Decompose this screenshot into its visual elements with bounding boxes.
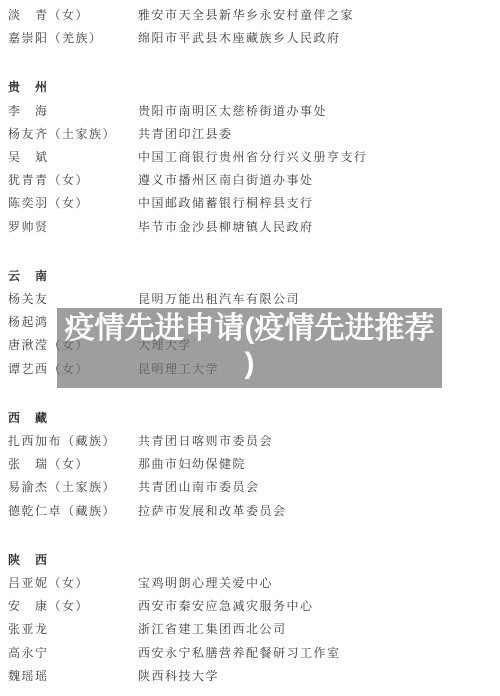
person-name: 安 康（女） <box>8 595 138 618</box>
person-row: 高永宁 西安永宁私膳营养配餐研习工作室 <box>8 642 500 665</box>
person-org: 陕西科技大学 <box>138 665 500 688</box>
person-name: 易渝杰（土家族） <box>8 476 138 499</box>
watermark-line-1: 疫情先进申请(疫情先进推荐 <box>57 311 442 346</box>
person-org: 中国邮政储蓄银行桐梓县支行 <box>138 192 500 215</box>
person-org: 拉萨市发展和改革委员会 <box>138 500 500 523</box>
person-row: 易渝杰（土家族） 共青团山南市委员会 <box>8 476 500 499</box>
person-row: 安 康（女） 西安市秦安应急减灾服务中心 <box>8 595 500 618</box>
person-name: 犹青青（女） <box>8 169 138 192</box>
person-row: 杨友齐（土家族） 共青团印江县委 <box>8 123 500 146</box>
document-page: 淡 青（女） 雅安市天全县新华乡永安村童伴之家 嘉崇阳（羌族） 绵阳市平武县木座… <box>0 0 500 696</box>
person-name: 杨友齐（土家族） <box>8 123 138 146</box>
person-name: 高永宁 <box>8 642 138 665</box>
person-row: 犹青青（女） 遵义市播州区南白街道办事处 <box>8 169 500 192</box>
person-org: 共青团山南市委员会 <box>138 476 500 499</box>
province-header-xizang: 西 藏 <box>8 407 500 430</box>
person-name: 吕亚妮（女） <box>8 572 138 595</box>
person-row: 德乾仁卓（藏族） 拉萨市发展和改革委员会 <box>8 500 500 523</box>
province-header-yunnan: 云 南 <box>8 265 500 288</box>
person-org: 共青团日喀则市委员会 <box>138 430 500 453</box>
person-org: 贵阳市南明区太慈桥街道办事处 <box>138 100 500 123</box>
person-name: 嘉崇阳（羌族） <box>8 27 138 50</box>
person-org: 遵义市播州区南白街道办事处 <box>138 169 500 192</box>
person-name: 罗帅贤 <box>8 216 138 239</box>
person-row: 陈奕羽（女） 中国邮政储蓄银行桐梓县支行 <box>8 192 500 215</box>
watermark-overlay: 疫情先进申请(疫情先进推荐 ) <box>57 308 442 388</box>
person-org: 浙江省建工集团西北公司 <box>138 618 500 641</box>
person-row: 张 瑞（女） 那曲市妇幼保健院 <box>8 453 500 476</box>
person-org: 那曲市妇幼保健院 <box>138 453 500 476</box>
person-org: 绵阳市平武县木座藏族乡人民政府 <box>138 27 500 50</box>
person-name: 张亚龙 <box>8 618 138 641</box>
person-org: 中国工商银行贵州省分行兴义册亨支行 <box>138 146 500 169</box>
person-name: 吴 斌 <box>8 146 138 169</box>
person-org: 共青团印江县委 <box>138 123 500 146</box>
person-row: 魏瑶瑶 陕西科技大学 <box>8 665 500 688</box>
person-name: 扎西加布（藏族） <box>8 430 138 453</box>
person-row: 罗帅贤 毕节市金沙县柳塘镇人民政府 <box>8 216 500 239</box>
person-row: 扎西加布（藏族） 共青团日喀则市委员会 <box>8 430 500 453</box>
watermark-line-2: ) <box>57 346 442 381</box>
person-name: 魏瑶瑶 <box>8 665 138 688</box>
person-name: 陈奕羽（女） <box>8 192 138 215</box>
person-org: 西安永宁私膳营养配餐研习工作室 <box>138 642 500 665</box>
person-row: 吕亚妮（女） 宝鸡明朗心理关爱中心 <box>8 572 500 595</box>
person-name: 淡 青（女） <box>8 4 138 27</box>
province-header-guizhou: 贵 州 <box>8 76 500 99</box>
person-org: 西安市秦安应急减灾服务中心 <box>138 595 500 618</box>
person-name: 德乾仁卓（藏族） <box>8 500 138 523</box>
person-row: 淡 青（女） 雅安市天全县新华乡永安村童伴之家 <box>8 4 500 27</box>
province-header-shaanxi: 陕 西 <box>8 549 500 572</box>
person-row: 张亚龙 浙江省建工集团西北公司 <box>8 618 500 641</box>
person-name: 张 瑞（女） <box>8 453 138 476</box>
person-name: 李 海 <box>8 100 138 123</box>
person-org: 雅安市天全县新华乡永安村童伴之家 <box>138 4 500 27</box>
person-row: 李 海 贵阳市南明区太慈桥街道办事处 <box>8 100 500 123</box>
person-org: 毕节市金沙县柳塘镇人民政府 <box>138 216 500 239</box>
person-row: 吴 斌 中国工商银行贵州省分行兴义册亨支行 <box>8 146 500 169</box>
person-row: 嘉崇阳（羌族） 绵阳市平武县木座藏族乡人民政府 <box>8 27 500 50</box>
person-org: 宝鸡明朗心理关爱中心 <box>138 572 500 595</box>
